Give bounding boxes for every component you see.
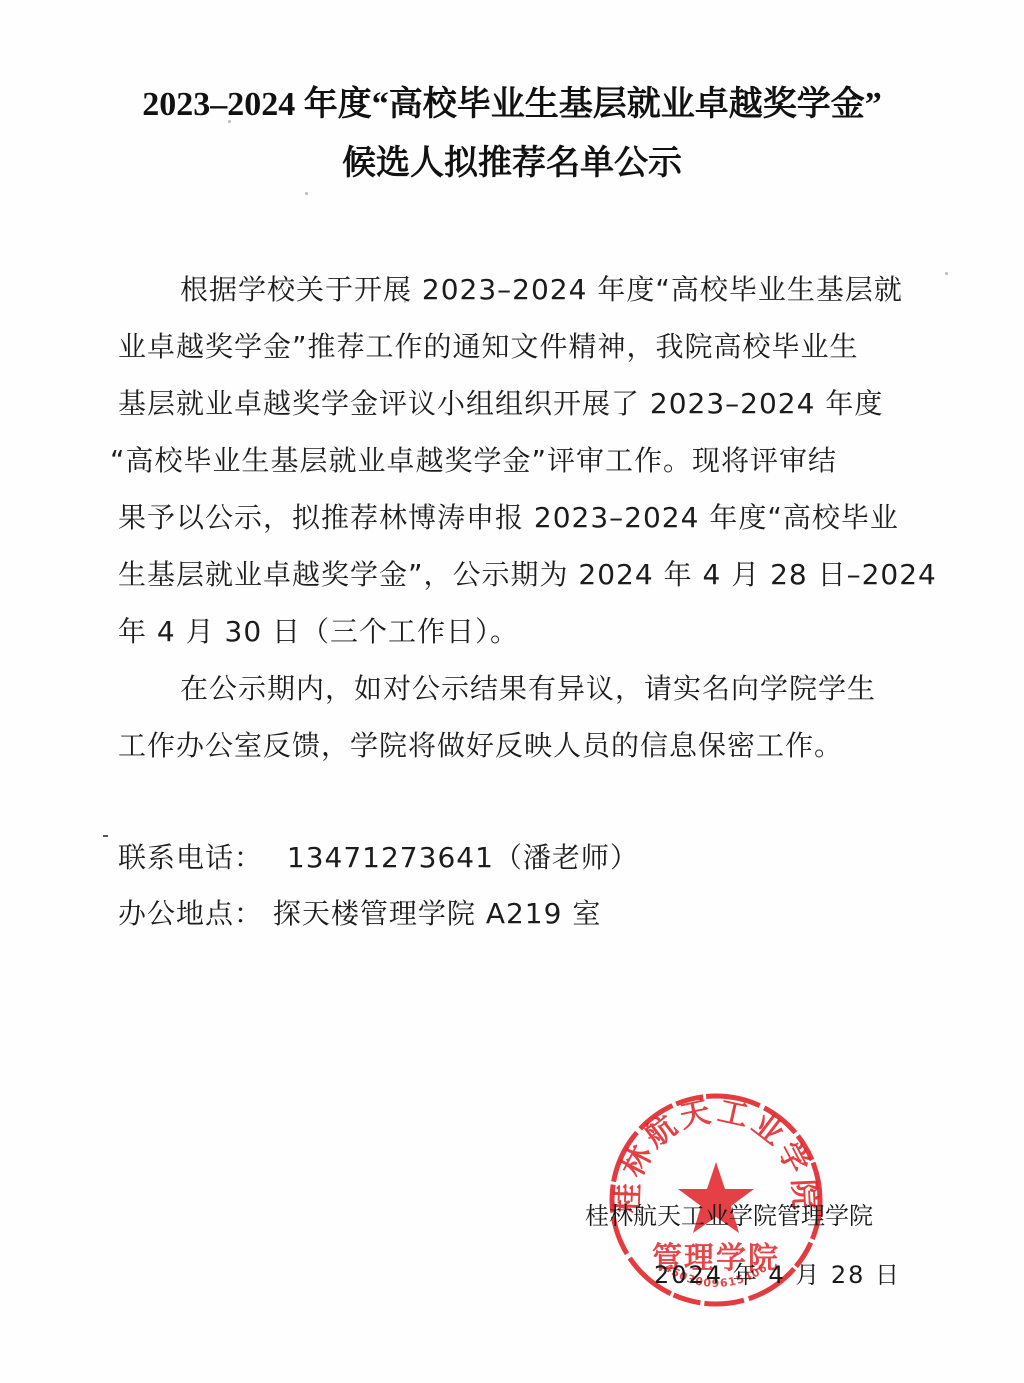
document-title-line-1: 2023–2024 年度“高校毕业生基层就业卓越奖学金” <box>0 76 1024 125</box>
contact-office: 办公地点： 探天楼管理学院 A219 室 <box>118 896 601 932</box>
contact-phone-value: 13471273641（潘老师） <box>287 841 639 874</box>
paragraph-1-line-6: 生基层就业卓越奖学金”，公示期为 2024 年 4 月 28 日–2024 <box>118 557 918 593</box>
paragraph-1-line-5: 果予以公示，拟推荐林博涛申报 2023–2024 年度“高校毕业 <box>118 500 918 536</box>
paragraph-2-line-2: 工作办公室反馈，学院将做好反映人员的信息保密工作。 <box>118 728 918 764</box>
contact-office-label: 办公地点： <box>118 897 263 930</box>
contact-phone-label: 联系电话： <box>118 841 263 874</box>
scan-speck <box>103 835 108 837</box>
document-page: 2023–2024 年度“高校毕业生基层就业卓越奖学金” 候选人拟推荐名单公示 … <box>0 0 1024 1383</box>
paragraph-2-line-1: 在公示期内，如对公示结果有异议，请实名向学院学生 <box>180 671 980 707</box>
paragraph-1-line-1: 根据学校关于开展 2023–2024 年度“高校毕业生基层就 <box>180 272 980 308</box>
paragraph-1-line-3: 基层就业卓越奖学金评议小组组织开展了 2023–2024 年度 <box>118 386 918 422</box>
paragraph-1-line-2: 业卓越奖学金”推荐工作的通知文件精神，我院高校毕业生 <box>118 329 918 365</box>
scan-speck <box>305 192 308 195</box>
signature-date: 2024 年 4 月 28 日 <box>654 1255 901 1290</box>
paragraph-1-line-7: 年 4 月 30 日（三个工作日）。 <box>118 614 918 650</box>
paragraph-1-line-4: “高校毕业生基层就业卓越奖学金”评审工作。现将评审结 <box>110 443 910 479</box>
contact-office-value: 探天楼管理学院 A219 室 <box>273 897 601 930</box>
contact-phone: 联系电话： 13471273641（潘老师） <box>118 840 639 876</box>
signature-organization: 桂林航天工业学院管理学院 <box>585 1196 873 1231</box>
document-title-line-2: 候选人拟推荐名单公示 <box>0 135 1024 184</box>
